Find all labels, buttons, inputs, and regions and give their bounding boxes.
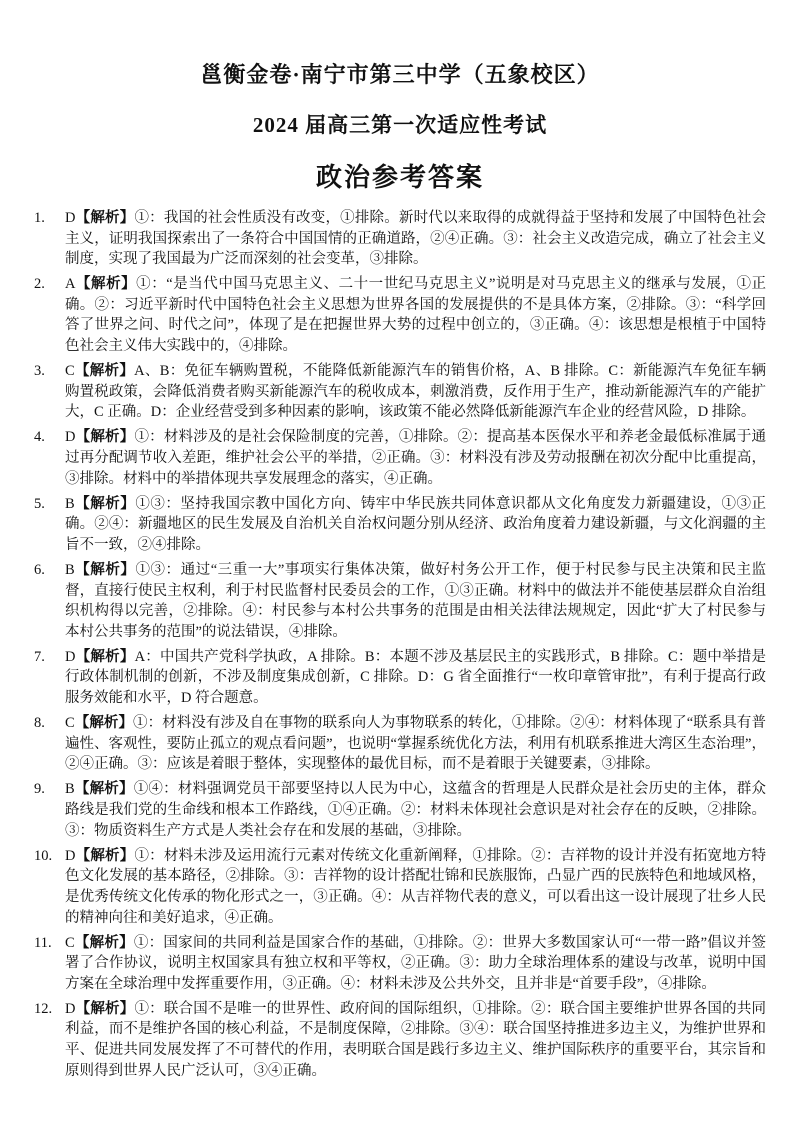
answer-letter: A bbox=[65, 276, 75, 292]
explanation-text: ①：材料未涉及运用流行元素对传统文化重新阐释，①排除。②：吉祥物的设计并没有拓宽… bbox=[65, 848, 766, 926]
answer-letter: B bbox=[65, 781, 75, 797]
analysis-label: 【解析】 bbox=[75, 848, 134, 864]
exam-title: 2024 届高三第一次适应性考试 bbox=[34, 109, 766, 139]
answer-item: 12.D【解析】①：联合国不是唯一的世界性、政府间的国际组织，①排除。②：联合国… bbox=[34, 999, 766, 1081]
answer-letter: D bbox=[65, 848, 75, 864]
explanation-text: ①④：材料强调党员干部要坚持以人民为中心，这蕴含的哲理是人民群众是社会历史的主体… bbox=[65, 781, 766, 838]
analysis-label: 【解析】 bbox=[75, 649, 134, 665]
analysis-label: 【解析】 bbox=[75, 781, 134, 797]
answer-key-page: 邕衡金卷·南宁市第三中学（五象校区） 2024 届高三第一次适应性考试 政治参考… bbox=[0, 0, 794, 1123]
explanation-text: ①：国家间的共同利益是国家合作的基础，①排除。②：世界大多数国家认可“一带一路”… bbox=[65, 935, 766, 992]
explanation-text: A、B：免征车辆购置税，不能降低新能源汽车的销售价格，A、B 排除。C：新能源汽… bbox=[65, 363, 766, 420]
answer-item: 6.B【解析】①③：通过“三重一大”事项实行集体决策，做好村务公开工作，便于村民… bbox=[34, 560, 766, 642]
item-number: 9. bbox=[34, 779, 65, 800]
item-body: B【解析】①③：通过“三重一大”事项实行集体决策，做好村务公开工作，便于村民参与… bbox=[65, 560, 766, 642]
answer-letter: D bbox=[65, 429, 75, 445]
answer-letter: D bbox=[65, 210, 75, 226]
item-body: D【解析】A：中国共产党科学执政，A 排除。B：本题不涉及基层民主的实践形式，B… bbox=[65, 647, 766, 709]
explanation-text: A：中国共产党科学执政，A 排除。B：本题不涉及基层民主的实践形式，B 排除。C… bbox=[65, 649, 766, 706]
item-body: D【解析】①：联合国不是唯一的世界性、政府间的国际组织，①排除。②：联合国主要维… bbox=[65, 999, 766, 1081]
item-body: A【解析】①：“是当代中国马克思主义、二十一世纪马克思主义”说明是对马克思主义的… bbox=[65, 274, 766, 356]
answer-item: 9.B【解析】①④：材料强调党员干部要坚持以人民为中心，这蕴含的哲理是人民群众是… bbox=[34, 779, 766, 841]
item-number: 11. bbox=[34, 933, 65, 954]
explanation-text: ①：我国的社会性质没有改变，①排除。新时代以来取得的成就得益于坚持和发展了中国特… bbox=[65, 210, 766, 267]
answer-item: 1.D【解析】①：我国的社会性质没有改变，①排除。新时代以来取得的成就得益于坚持… bbox=[34, 208, 766, 270]
answer-letter: D bbox=[65, 1001, 75, 1017]
item-number: 10. bbox=[34, 846, 65, 867]
school-title: 邕衡金卷·南宁市第三中学（五象校区） bbox=[34, 58, 766, 89]
answer-item: 4.D【解析】①：材料涉及的是社会保险制度的完善，①排除。②：提高基本医保水平和… bbox=[34, 427, 766, 489]
answer-letter: B bbox=[65, 496, 75, 512]
analysis-label: 【解析】 bbox=[75, 496, 136, 512]
answer-letter: D bbox=[65, 649, 75, 665]
explanation-text: ①：联合国不是唯一的世界性、政府间的国际组织，①排除。②：联合国主要维护世界各国… bbox=[65, 1001, 766, 1079]
item-body: D【解析】①：材料涉及的是社会保险制度的完善，①排除。②：提高基本医保水平和养老… bbox=[65, 427, 766, 489]
explanation-text: ①：“是当代中国马克思主义、二十一世纪马克思主义”说明是对马克思主义的继承与发展… bbox=[65, 276, 766, 354]
answer-item: 11.C【解析】①：国家间的共同利益是国家合作的基础，①排除。②：世界大多数国家… bbox=[34, 933, 766, 995]
item-body: C【解析】A、B：免征车辆购置税，不能降低新能源汽车的销售价格，A、B 排除。C… bbox=[65, 361, 766, 423]
answer-item: 3.C【解析】A、B：免征车辆购置税，不能降低新能源汽车的销售价格，A、B 排除… bbox=[34, 361, 766, 423]
answer-item: 10.D【解析】①：材料未涉及运用流行元素对传统文化重新阐释，①排除。②：吉祥物… bbox=[34, 846, 766, 928]
item-number: 2. bbox=[34, 274, 65, 295]
item-number: 12. bbox=[34, 999, 65, 1020]
analysis-label: 【解析】 bbox=[75, 715, 133, 731]
answer-list: 1.D【解析】①：我国的社会性质没有改变，①排除。新时代以来取得的成就得益于坚持… bbox=[34, 208, 766, 1081]
item-number: 7. bbox=[34, 647, 65, 668]
answer-item: 7.D【解析】A：中国共产党科学执政，A 排除。B：本题不涉及基层民主的实践形式… bbox=[34, 647, 766, 709]
item-number: 4. bbox=[34, 427, 65, 448]
item-number: 6. bbox=[34, 560, 65, 581]
analysis-label: 【解析】 bbox=[75, 210, 134, 226]
item-number: 1. bbox=[34, 208, 65, 229]
answer-item: 2.A【解析】①：“是当代中国马克思主义、二十一世纪马克思主义”说明是对马克思主… bbox=[34, 274, 766, 356]
item-number: 8. bbox=[34, 713, 65, 734]
analysis-label: 【解析】 bbox=[75, 562, 136, 578]
item-body: B【解析】①④：材料强调党员干部要坚持以人民为中心，这蕴含的哲理是人民群众是社会… bbox=[65, 779, 766, 841]
subject-answer-heading: 政治参考答案 bbox=[34, 157, 766, 194]
item-number: 5. bbox=[34, 494, 65, 515]
item-body: D【解析】①：我国的社会性质没有改变，①排除。新时代以来取得的成就得益于坚持和发… bbox=[65, 208, 766, 270]
item-body: C【解析】①：国家间的共同利益是国家合作的基础，①排除。②：世界大多数国家认可“… bbox=[65, 933, 766, 995]
answer-letter: C bbox=[65, 715, 75, 731]
analysis-label: 【解析】 bbox=[75, 1001, 134, 1017]
item-body: C【解析】①：材料没有涉及自在事物的联系向人为事物联系的转化，①排除。②④：材料… bbox=[65, 713, 766, 775]
answer-letter: C bbox=[65, 935, 75, 951]
answer-letter: B bbox=[65, 562, 75, 578]
item-number: 3. bbox=[34, 361, 65, 382]
answer-item: 5.B【解析】①③：坚持我国宗教中国化方向、铸牢中华民族共同体意识都从文化角度发… bbox=[34, 494, 766, 556]
analysis-label: 【解析】 bbox=[75, 276, 136, 292]
explanation-text: ①③：通过“三重一大”事项实行集体决策，做好村务公开工作，便于村民参与民主决策和… bbox=[65, 562, 766, 640]
analysis-label: 【解析】 bbox=[75, 429, 134, 445]
analysis-label: 【解析】 bbox=[75, 363, 134, 379]
explanation-text: ①③：坚持我国宗教中国化方向、铸牢中华民族共同体意识都从文化角度发力新疆建设，①… bbox=[65, 496, 766, 553]
analysis-label: 【解析】 bbox=[75, 935, 134, 951]
explanation-text: ①：材料涉及的是社会保险制度的完善，①排除。②：提高基本医保水平和养老金最低标准… bbox=[65, 429, 766, 486]
answer-item: 8.C【解析】①：材料没有涉及自在事物的联系向人为事物联系的转化，①排除。②④：… bbox=[34, 713, 766, 775]
item-body: B【解析】①③：坚持我国宗教中国化方向、铸牢中华民族共同体意识都从文化角度发力新… bbox=[65, 494, 766, 556]
answer-letter: C bbox=[65, 363, 75, 379]
item-body: D【解析】①：材料未涉及运用流行元素对传统文化重新阐释，①排除。②：吉祥物的设计… bbox=[65, 846, 766, 928]
explanation-text: ①：材料没有涉及自在事物的联系向人为事物联系的转化，①排除。②④：材料体现了“联… bbox=[65, 715, 766, 772]
